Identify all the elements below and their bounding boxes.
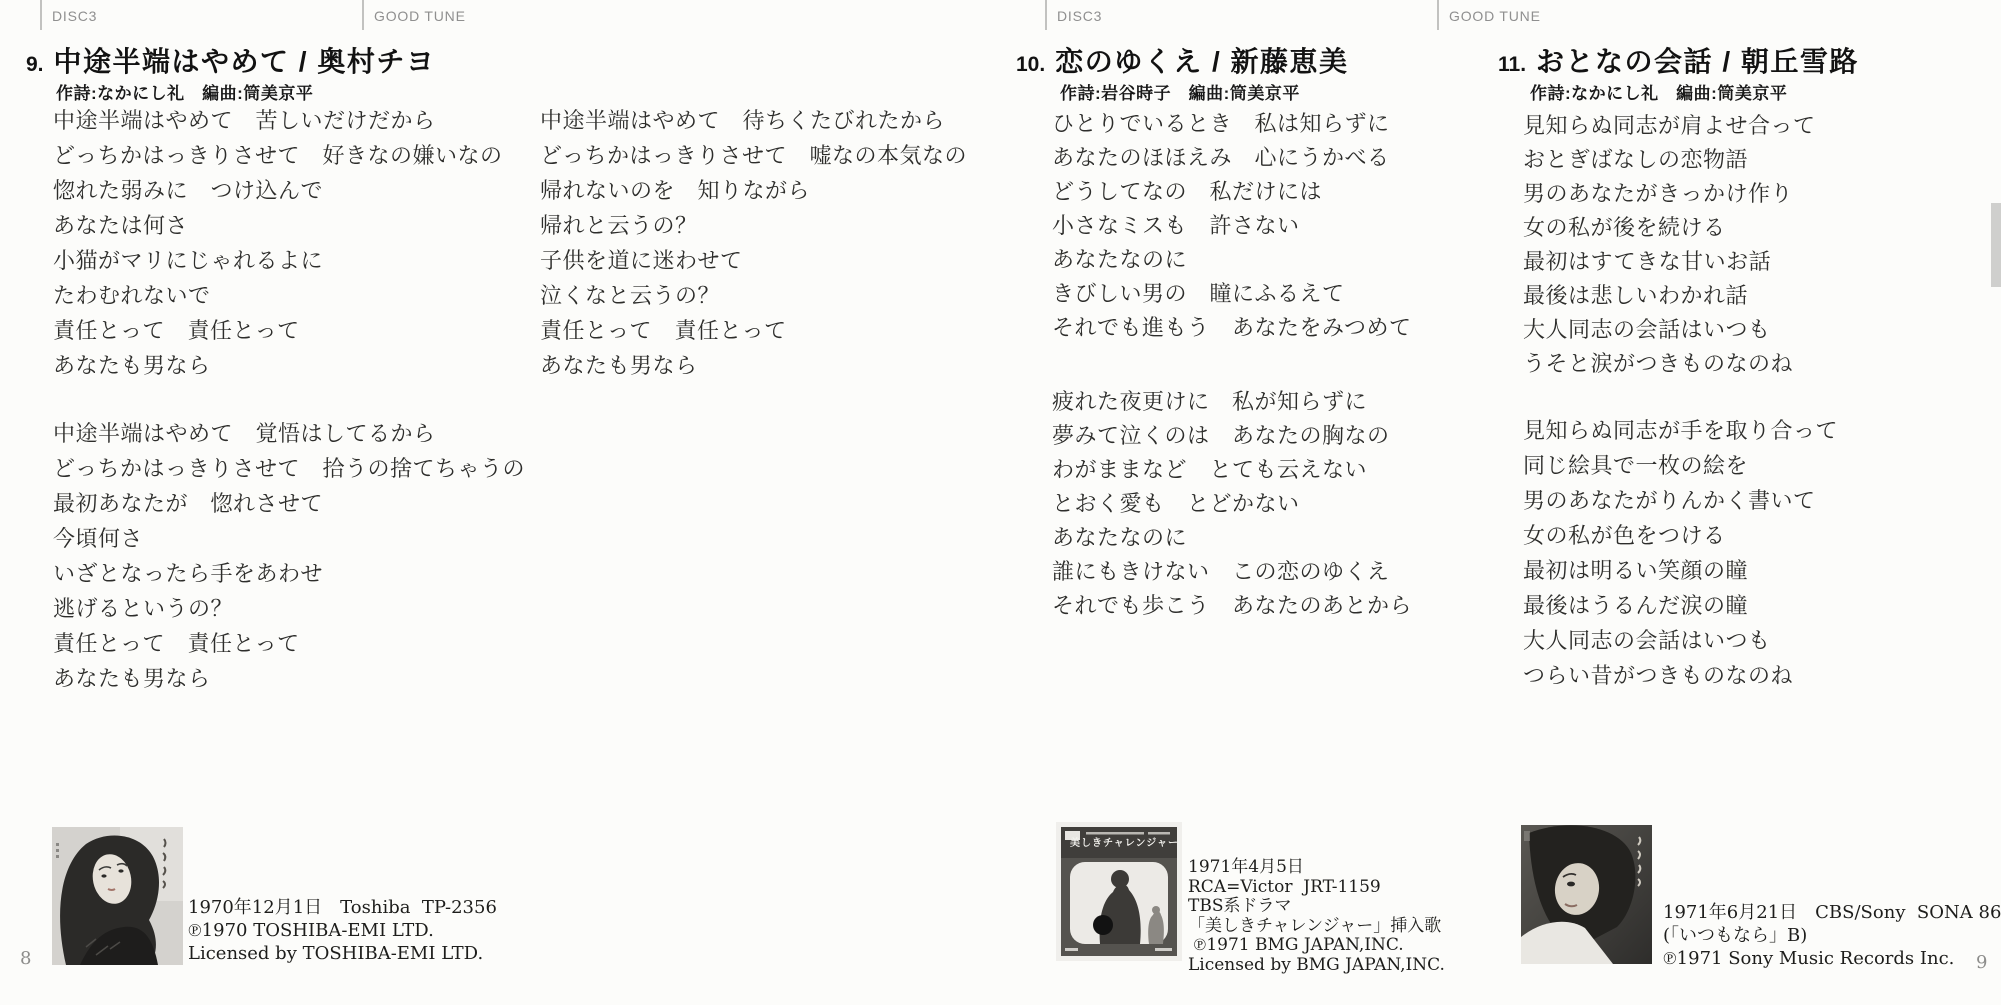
lyric-line: それでも歩こう あなたのあとから	[1052, 590, 1412, 624]
lyric-line: いざとなったら手をあわせ	[53, 557, 525, 592]
lyric-line: 見知らぬ同志が手を取り合って	[1523, 414, 1838, 449]
release-line: ℗1971 Sony Music Records Inc.	[1663, 947, 2001, 970]
lyric-line: 小さなミスも 許さない	[1052, 210, 1412, 244]
lyric-line: あなたも男なら	[540, 349, 967, 384]
track10-release-info: 1971年4月5日RCA=Victor JRT-1159TBS系ドラマ「美しきチ…	[1188, 858, 1445, 975]
lyric-line: 最初あなたが 惚れさせて	[53, 487, 525, 522]
lyric-line: 中途半端はやめて 覚悟はしてるから	[53, 417, 525, 452]
release-line: (「いつもなら」B)	[1663, 924, 2001, 947]
lyric-line: 帰れないのを 知りながら	[540, 174, 967, 209]
lyric-line: 泣くなと云うの？	[540, 279, 967, 314]
lyric-line: 責任とって 責任とって	[53, 627, 525, 662]
track10-header: 10. 恋のゆくえ / 新藤恵美	[1016, 40, 1349, 80]
lyric-line: きびしい男の 瞳にふるえて	[1052, 278, 1412, 312]
release-line: 1971年4月5日	[1188, 858, 1445, 878]
lyric-line: 子供を道に迷わせて	[540, 244, 967, 279]
booklet-spread: DISC3 GOOD TUNE 9. 中途半端はやめて / 奥村チヨ 作詩:なか…	[0, 0, 2001, 1005]
track11-number: 11.	[1498, 53, 1526, 77]
release-line: 「美しきチャレンジャー」挿入歌	[1188, 917, 1445, 937]
cover-art-okumura	[52, 827, 183, 965]
lyric-line: それでも進もう あなたをみつめて	[1052, 312, 1412, 346]
disc-header-right: DISC3	[1057, 8, 1102, 24]
track9-verse2: 中途半端はやめて 覚悟はしてるからどっちかはっきりさせて 拾うの捨てちゃうの最初…	[53, 417, 525, 697]
lyric-line: 男のあなたがりんかく書いて	[1523, 484, 1838, 519]
lyric-line: 責任とって 責任とって	[540, 314, 967, 349]
lyric-line: 疲れた夜更けに 私が知らずに	[1052, 386, 1412, 420]
lyric-line: 今頃何さ	[53, 522, 525, 557]
track11-verse1: 見知らぬ同志が肩よせ合っておとぎばなしの恋物語男のあなたがきっかけ作り女の私が後…	[1523, 110, 1816, 382]
lyric-line: つらい昔がつきものなのね	[1523, 659, 1838, 694]
column-divider-tick	[1045, 0, 1047, 30]
lyric-line: どうしてなの 私だけには	[1052, 176, 1412, 210]
goodtune-header-right: GOOD TUNE	[1449, 8, 1541, 24]
lyric-line: 見知らぬ同志が肩よせ合って	[1523, 110, 1816, 144]
page-number-left: 8	[20, 948, 31, 969]
lyric-line: あなたのほほえみ 心にうかべる	[1052, 142, 1412, 176]
lyric-line: 同じ絵具で一枚の絵を	[1523, 449, 1838, 484]
track10-number: 10.	[1016, 53, 1045, 77]
lyric-line: うそと涙がつきものなのね	[1523, 348, 1816, 382]
lyric-line: あなたも男なら	[53, 662, 525, 697]
track9-release-info: 1970年12月1日 Toshiba TP-2356℗1970 TOSHIBA-…	[188, 896, 497, 965]
track11-verse2: 見知らぬ同志が手を取り合って同じ絵具で一枚の絵を男のあなたがりんかく書いて女の私…	[1523, 414, 1838, 694]
lyric-line: 誰にもきけない この恋のゆくえ	[1052, 556, 1412, 590]
lyric-line: 最後はうるんだ涙の瞳	[1523, 589, 1838, 624]
disc-header-left: DISC3	[52, 8, 97, 24]
lyric-line: 帰れと云うの？	[540, 209, 967, 244]
lyric-line: あなたなのに	[1052, 522, 1412, 556]
goodtune-header-left: GOOD TUNE	[374, 8, 466, 24]
release-line: ℗1971 BMG JAPAN,INC.	[1188, 936, 1445, 956]
release-line: 1971年6月21日 CBS/Sony SONA 86188	[1663, 901, 2001, 924]
column-divider-tick	[40, 0, 42, 30]
lyric-line: あなたは何さ	[53, 209, 503, 244]
track9-verse3: 中途半端はやめて 待ちくたびれたからどっちかはっきりさせて 嘘なの本気なの帰れな…	[540, 104, 967, 384]
track9-verse1: 中途半端はやめて 苦しいだけだからどっちかはっきりさせて 好きなの嫌いなの惚れた…	[53, 104, 503, 384]
lyric-line: どっちかはっきりさせて 拾うの捨てちゃうの	[53, 452, 525, 487]
single-cover-photo-track9	[52, 827, 183, 965]
lyric-line: どっちかはっきりさせて 嘘なの本気なの	[540, 139, 967, 174]
release-line: TBS系ドラマ	[1188, 897, 1445, 917]
track11-header: 11. おとなの会話 / 朝丘雪路	[1498, 40, 1859, 80]
track10-credits: 作詩:岩谷時子 編曲:筒美京平	[1060, 79, 1300, 104]
track11-title: おとなの会話 / 朝丘雪路	[1536, 40, 1859, 80]
track10-title: 恋のゆくえ / 新藤恵美	[1055, 40, 1348, 80]
release-line: RCA=Victor JRT-1159	[1188, 878, 1445, 898]
lyric-line: たわむれないで	[53, 279, 503, 314]
cover-title-text: 美しきチャレンジャー	[1070, 834, 1179, 849]
lyric-line: あなたなのに	[1052, 244, 1412, 278]
page-number-right: 9	[1976, 952, 1987, 973]
column-divider-tick	[362, 0, 364, 30]
lyric-line: 責任とって 責任とって	[53, 314, 503, 349]
lyric-line: とおく愛も とどかない	[1052, 488, 1412, 522]
track9-header: 9. 中途半端はやめて / 奥村チヨ	[26, 40, 435, 80]
lyric-line: 小猫がマリにじゃれるよに	[53, 244, 503, 279]
track11-release-info: 1971年6月21日 CBS/Sony SONA 86188(「いつもなら」B)…	[1663, 901, 2001, 970]
lyric-line: 中途半端はやめて 待ちくたびれたから	[540, 104, 967, 139]
single-cover-photo-track10: 美しきチャレンジャー	[1056, 822, 1182, 961]
lyric-line: 夢みて泣くのは あなたの胸なの	[1052, 420, 1412, 454]
lyric-line: わがままなど とても云えない	[1052, 454, 1412, 488]
lyric-line: 大人同志の会話はいつも	[1523, 624, 1838, 659]
lyric-line: 大人同志の会話はいつも	[1523, 314, 1816, 348]
release-line: 1970年12月1日 Toshiba TP-2356	[188, 896, 497, 919]
track10-verse1: ひとりでいるとき 私は知らずにあなたのほほえみ 心にうかべるどうしてなの 私だけ…	[1052, 108, 1412, 346]
release-line: Licensed by TOSHIBA-EMI LTD.	[188, 942, 497, 965]
track11-credits: 作詩:なかにし礼 編曲:筒美京平	[1530, 79, 1787, 104]
scan-edge-artifact	[1991, 203, 2001, 287]
lyric-line: 最初はすてきな甘いお話	[1523, 246, 1816, 280]
track9-number: 9.	[26, 53, 44, 77]
single-cover-photo-track11	[1521, 825, 1652, 964]
lyric-line: 中途半端はやめて 苦しいだけだから	[53, 104, 503, 139]
column-divider-tick	[1437, 0, 1439, 30]
lyric-line: 女の私が色をつける	[1523, 519, 1838, 554]
lyric-line: 女の私が後を続ける	[1523, 212, 1816, 246]
lyric-line: あなたも男なら	[53, 349, 503, 384]
lyric-line: 最後は悲しいわかれ話	[1523, 280, 1816, 314]
lyric-line: ひとりでいるとき 私は知らずに	[1052, 108, 1412, 142]
lyric-line: おとぎばなしの恋物語	[1523, 144, 1816, 178]
lyric-line: 男のあなたがきっかけ作り	[1523, 178, 1816, 212]
lyric-line: 最初は明るい笑顔の瞳	[1523, 554, 1838, 589]
lyric-line: どっちかはっきりさせて 好きなの嫌いなの	[53, 139, 503, 174]
track10-verse2: 疲れた夜更けに 私が知らずに夢みて泣くのは あなたの胸なのわがままなど とても云…	[1052, 386, 1412, 624]
lyric-line: 逃げるというの？	[53, 592, 525, 627]
release-line: Licensed by BMG JAPAN,INC.	[1188, 956, 1445, 976]
track9-credits: 作詩:なかにし礼 編曲:筒美京平	[56, 79, 313, 104]
track9-title: 中途半端はやめて / 奥村チヨ	[54, 40, 436, 80]
release-line: ℗1970 TOSHIBA-EMI LTD.	[188, 919, 497, 942]
cover-art-asaoka	[1521, 825, 1652, 964]
lyric-line: 惚れた弱みに つけ込んで	[53, 174, 503, 209]
